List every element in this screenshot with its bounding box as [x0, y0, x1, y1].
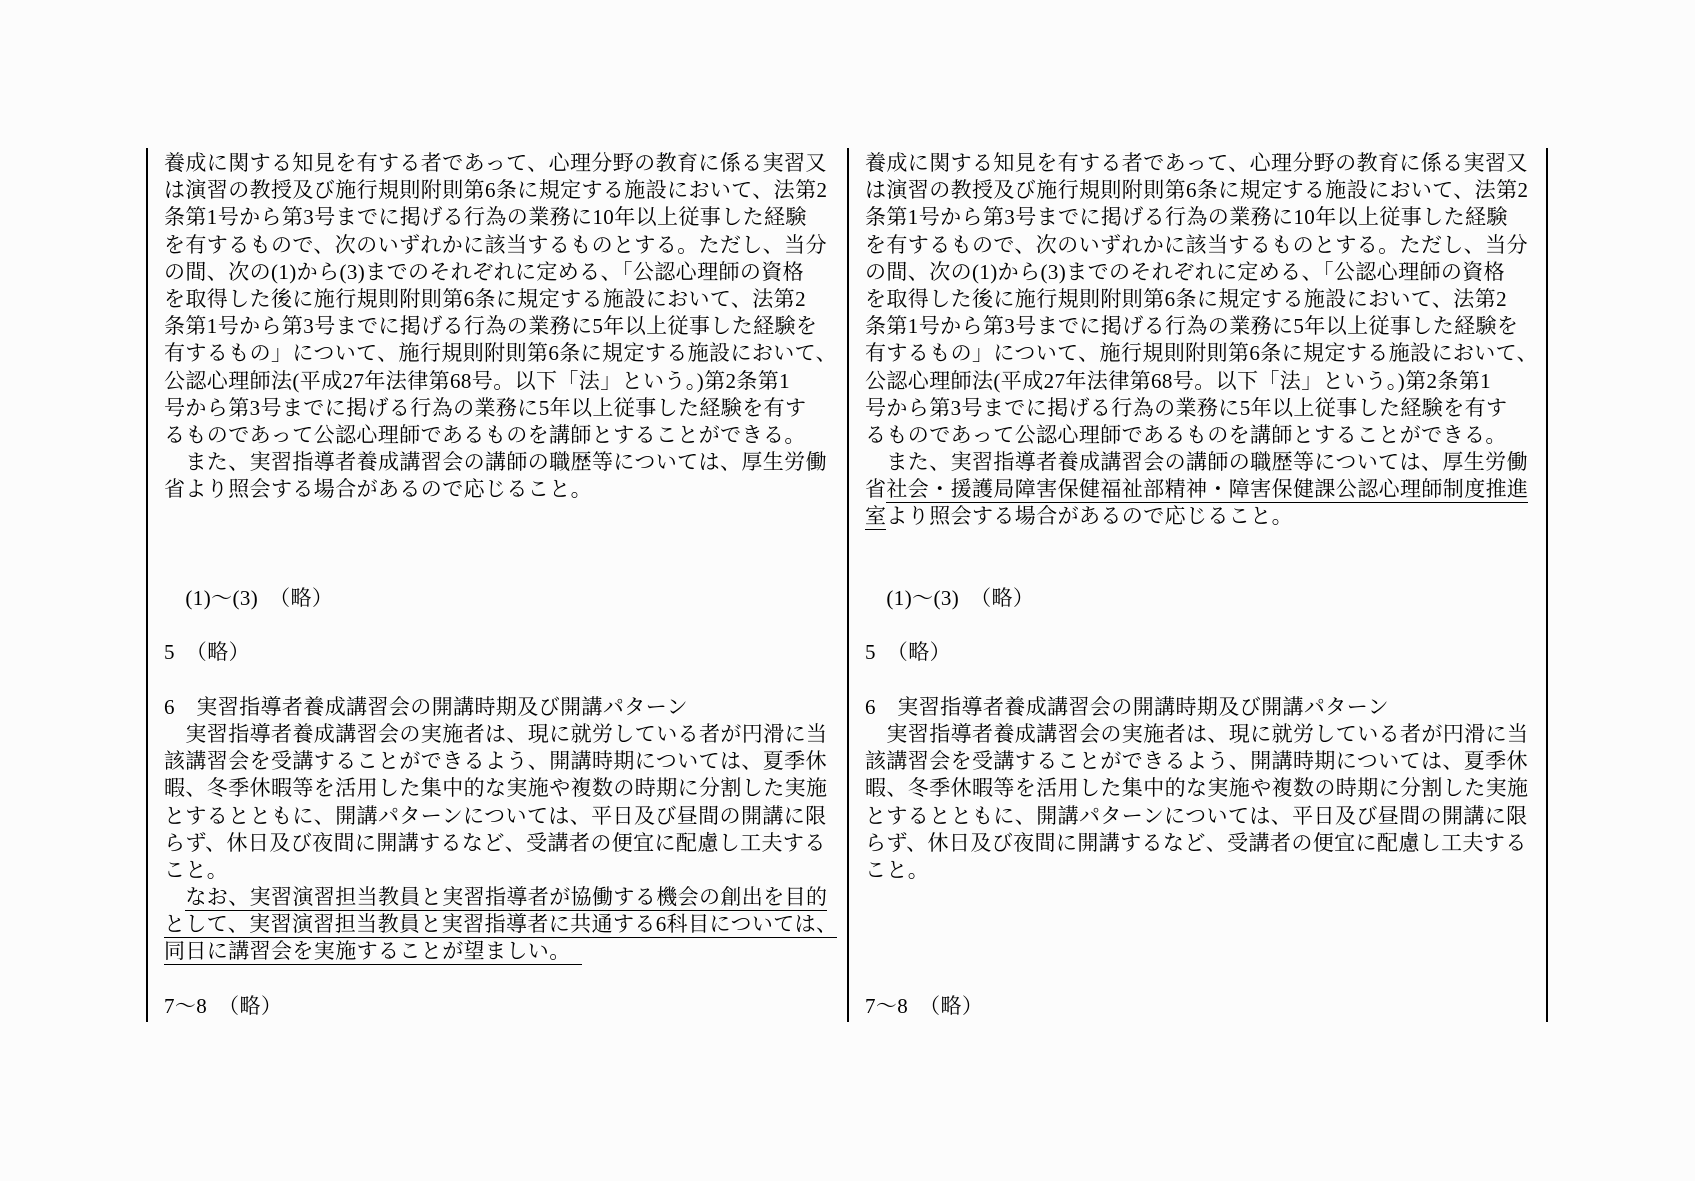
text-line: るものであって公認心理師であるものを講師とすることができる。 — [865, 422, 1536, 449]
text-line: とするとともに、開講パターンについては、平日及び昼間の開講に限 — [865, 803, 1536, 830]
text-line: 暇、冬季休暇等を活用した集中的な実施や複数の時期に分割した実施 — [865, 775, 1536, 802]
text-segment: 実習指導者養成講習会の実施者は、現に就労している者が円滑に当 — [865, 722, 1528, 746]
text-segment: また、実習指導者養成講習会の講師の職歴等については、厚生労働 — [865, 450, 1528, 474]
text-line: とするとともに、開講パターンについては、平日及び昼間の開講に限 — [164, 803, 837, 830]
text-line: 有するもの」について、施行規則附則第6条に規定する施設において、 — [164, 340, 837, 367]
text-segment: また、実習指導者養成講習会の講師の職歴等については、厚生労働 — [164, 450, 827, 474]
text-segment: の間、次の(1)から(3)までのそれぞれに定める、「公認心理師の資格 — [164, 260, 804, 284]
text-line: を有するもので、次のいずれかに該当するものとする。ただし、当分 — [865, 232, 1536, 259]
text-line: 同日に講習会を実施することが望ましい。 — [164, 938, 837, 965]
text-segment: 有するもの」について、施行規則附則第6条に規定する施設において、 — [865, 341, 1538, 365]
text-line: るものであって公認心理師であるものを講師とすることができる。 — [164, 422, 837, 449]
text-segment: を有するもので、次のいずれかに該当するものとする。ただし、当分 — [865, 233, 1528, 257]
text-line — [164, 558, 837, 585]
text-segment: は演習の教授及び施行規則附則第6条に規定する施設において、法第2 — [164, 178, 827, 202]
text-line — [865, 938, 1536, 965]
text-segment: 公認心理師法(平成27年法律第68号。以下「法」という。)第2条第1 — [865, 369, 1491, 393]
text-segment: 該講習会を受講することができるよう、開講時期については、夏季休 — [164, 749, 827, 773]
underlined-amendment-text: なお、実習演習担当教員と実習指導者が協働する機会の創出を目的 — [185, 885, 827, 911]
text-line: なお、実習演習担当教員と実習指導者が協働する機会の創出を目的 — [164, 884, 837, 911]
text-line: を有するもので、次のいずれかに該当するものとする。ただし、当分 — [164, 232, 837, 259]
text-segment: 条第1号から第3号までに掲げる行為の業務に10年以上従事した経験 — [865, 205, 1508, 229]
underlined-amendment-text: として、実習演習担当教員と実習指導者に共通する6科目については、 — [164, 912, 837, 938]
text-segment: 条第1号から第3号までに掲げる行為の業務に5年以上従事した経験を — [865, 314, 1518, 338]
text-line: 条第1号から第3号までに掲げる行為の業務に5年以上従事した経験を — [164, 313, 837, 340]
text-line — [164, 667, 837, 694]
text-line: 号から第3号までに掲げる行為の業務に5年以上従事した経験を有す — [865, 395, 1536, 422]
text-line: らず、休日及び夜間に開講するなど、受講者の便宜に配慮し工夫する — [164, 830, 837, 857]
text-line: 省より照会する場合があるので応じること。 — [164, 476, 837, 503]
text-line — [164, 966, 837, 993]
text-line: 条第1号から第3号までに掲げる行為の業務に10年以上従事した経験 — [865, 204, 1536, 231]
text-segment: らず、休日及び夜間に開講するなど、受講者の便宜に配慮し工夫する — [865, 831, 1527, 855]
text-line: の間、次の(1)から(3)までのそれぞれに定める、「公認心理師の資格 — [865, 259, 1536, 286]
text-segment: らず、休日及び夜間に開講するなど、受講者の便宜に配慮し工夫する — [164, 831, 826, 855]
text-segment: とするとともに、開講パターンについては、平日及び昼間の開講に限 — [164, 804, 827, 828]
text-line: として、実習演習担当教員と実習指導者に共通する6科目については、 — [164, 911, 837, 938]
comparison-table: 養成に関する知見を有する者であって、心理分野の教育に係る実習又は演習の教授及び施… — [146, 148, 1548, 1022]
text-line: 省社会・援護局障害保健福祉部精神・障害保健課公認心理師制度推進 — [865, 476, 1536, 503]
text-segment: 該講習会を受講することができるよう、開講時期については、夏季休 — [865, 749, 1528, 773]
text-segment: を取得した後に施行規則附則第6条に規定する施設において、法第2 — [865, 287, 1507, 311]
text-segment: 養成に関する知見を有する者であって、心理分野の教育に係る実習又 — [164, 151, 827, 175]
text-line — [865, 911, 1536, 938]
text-line: を取得した後に施行規則附則第6条に規定する施設において、法第2 — [164, 286, 837, 313]
right-column: 養成に関する知見を有する者であって、心理分野の教育に係る実習又は演習の教授及び施… — [847, 148, 1548, 1022]
text-segment: こと。 — [164, 858, 228, 882]
text-segment: 6 実習指導者養成講習会の開講時期及び開講パターン — [865, 695, 1389, 719]
text-line — [164, 503, 837, 530]
underlined-amendment-text: 同日に講習会を実施することが望ましい。 — [164, 939, 582, 965]
text-segment: 7～8 （略） — [865, 994, 983, 1018]
text-line: は演習の教授及び施行規則附則第6条に規定する施設において、法第2 — [164, 177, 837, 204]
text-line: 条第1号から第3号までに掲げる行為の業務に10年以上従事した経験 — [164, 204, 837, 231]
text-line — [164, 531, 837, 558]
text-segment: 条第1号から第3号までに掲げる行為の業務に10年以上従事した経験 — [164, 205, 807, 229]
text-line — [164, 612, 837, 639]
text-segment: るものであって公認心理師であるものを講師とすることができる。 — [164, 423, 806, 447]
text-line: 6 実習指導者養成講習会の開講時期及び開講パターン — [865, 694, 1536, 721]
text-segment: を取得した後に施行規則附則第6条に規定する施設において、法第2 — [164, 287, 806, 311]
text-segment: 省より照会する場合があるので応じること。 — [164, 477, 592, 501]
text-segment: 号から第3号までに掲げる行為の業務に5年以上従事した経験を有す — [865, 396, 1507, 420]
text-line: 5 （略） — [164, 639, 837, 666]
text-segment: より照会する場合があるので応じること。 — [886, 504, 1293, 528]
text-segment: 実習指導者養成講習会の実施者は、現に就労している者が円滑に当 — [164, 722, 827, 746]
text-line: 実習指導者養成講習会の実施者は、現に就労している者が円滑に当 — [865, 721, 1536, 748]
text-line: 該講習会を受講することができるよう、開講時期については、夏季休 — [865, 748, 1536, 775]
text-segment: 6 実習指導者養成講習会の開講時期及び開講パターン — [164, 695, 688, 719]
text-line: 実習指導者養成講習会の実施者は、現に就労している者が円滑に当 — [164, 721, 837, 748]
text-segment: 暇、冬季休暇等を活用した集中的な実施や複数の時期に分割した実施 — [865, 776, 1528, 800]
text-line: こと。 — [164, 857, 837, 884]
text-line: (1)～(3) （略） — [164, 585, 837, 612]
text-line: 該講習会を受講することができるよう、開講時期については、夏季休 — [164, 748, 837, 775]
text-segment: とするとともに、開講パターンについては、平日及び昼間の開講に限 — [865, 804, 1528, 828]
text-segment: を有するもので、次のいずれかに該当するものとする。ただし、当分 — [164, 233, 827, 257]
text-line: 7～8 （略） — [865, 993, 1536, 1020]
text-segment: 5 （略） — [865, 640, 951, 664]
text-line — [865, 884, 1536, 911]
text-segment: (1)～(3) （略） — [865, 586, 1034, 610]
left-column: 養成に関する知見を有する者であって、心理分野の教育に係る実習又は演習の教授及び施… — [146, 148, 847, 1022]
text-line: こと。 — [865, 857, 1536, 884]
underlined-amendment-text: 社会・援護局障害保健福祉部精神・障害保健課公認心理師制度推進 — [886, 477, 1528, 503]
text-line: また、実習指導者養成講習会の講師の職歴等については、厚生労働 — [164, 449, 837, 476]
text-line: 公認心理師法(平成27年法律第68号。以下「法」という。)第2条第1 — [164, 368, 837, 395]
text-line — [865, 667, 1536, 694]
text-segment: 7～8 （略） — [164, 994, 282, 1018]
text-line: 室より照会する場合があるので応じること。 — [865, 503, 1536, 530]
text-line: 号から第3号までに掲げる行為の業務に5年以上従事した経験を有す — [164, 395, 837, 422]
text-line: 7～8 （略） — [164, 993, 837, 1020]
text-segment: 省 — [865, 477, 886, 501]
text-segment: 5 （略） — [164, 640, 250, 664]
text-segment: 条第1号から第3号までに掲げる行為の業務に5年以上従事した経験を — [164, 314, 817, 338]
text-line: らず、休日及び夜間に開講するなど、受講者の便宜に配慮し工夫する — [865, 830, 1536, 857]
text-segment: は演習の教授及び施行規則附則第6条に規定する施設において、法第2 — [865, 178, 1528, 202]
text-line — [865, 558, 1536, 585]
text-segment: こと。 — [865, 858, 929, 882]
text-line — [865, 612, 1536, 639]
text-line: 暇、冬季休暇等を活用した集中的な実施や複数の時期に分割した実施 — [164, 775, 837, 802]
text-line: 条第1号から第3号までに掲げる行為の業務に5年以上従事した経験を — [865, 313, 1536, 340]
text-segment: るものであって公認心理師であるものを講師とすることができる。 — [865, 423, 1507, 447]
text-line: 公認心理師法(平成27年法律第68号。以下「法」という。)第2条第1 — [865, 368, 1536, 395]
text-line: 養成に関する知見を有する者であって、心理分野の教育に係る実習又 — [164, 150, 837, 177]
text-line: の間、次の(1)から(3)までのそれぞれに定める、「公認心理師の資格 — [164, 259, 837, 286]
text-line: また、実習指導者養成講習会の講師の職歴等については、厚生労働 — [865, 449, 1536, 476]
text-line: 6 実習指導者養成講習会の開講時期及び開講パターン — [164, 694, 837, 721]
text-segment: 養成に関する知見を有する者であって、心理分野の教育に係る実習又 — [865, 151, 1528, 175]
text-segment: 号から第3号までに掲げる行為の業務に5年以上従事した経験を有す — [164, 396, 806, 420]
text-segment: 暇、冬季休暇等を活用した集中的な実施や複数の時期に分割した実施 — [164, 776, 827, 800]
text-line: (1)～(3) （略） — [865, 585, 1536, 612]
text-segment: 有するもの」について、施行規則附則第6条に規定する施設において、 — [164, 341, 837, 365]
text-segment: 公認心理師法(平成27年法律第68号。以下「法」という。)第2条第1 — [164, 369, 790, 393]
text-line — [865, 531, 1536, 558]
text-segment: (1)～(3) （略） — [164, 586, 333, 610]
text-line: 5 （略） — [865, 639, 1536, 666]
text-segment: の間、次の(1)から(3)までのそれぞれに定める、「公認心理師の資格 — [865, 260, 1505, 284]
text-line: 有するもの」について、施行規則附則第6条に規定する施設において、 — [865, 340, 1536, 367]
underlined-amendment-text: 室 — [865, 504, 886, 530]
text-line: を取得した後に施行規則附則第6条に規定する施設において、法第2 — [865, 286, 1536, 313]
text-segment — [164, 885, 185, 909]
text-line — [865, 966, 1536, 993]
text-line: は演習の教授及び施行規則附則第6条に規定する施設において、法第2 — [865, 177, 1536, 204]
text-line: 養成に関する知見を有する者であって、心理分野の教育に係る実習又 — [865, 150, 1536, 177]
